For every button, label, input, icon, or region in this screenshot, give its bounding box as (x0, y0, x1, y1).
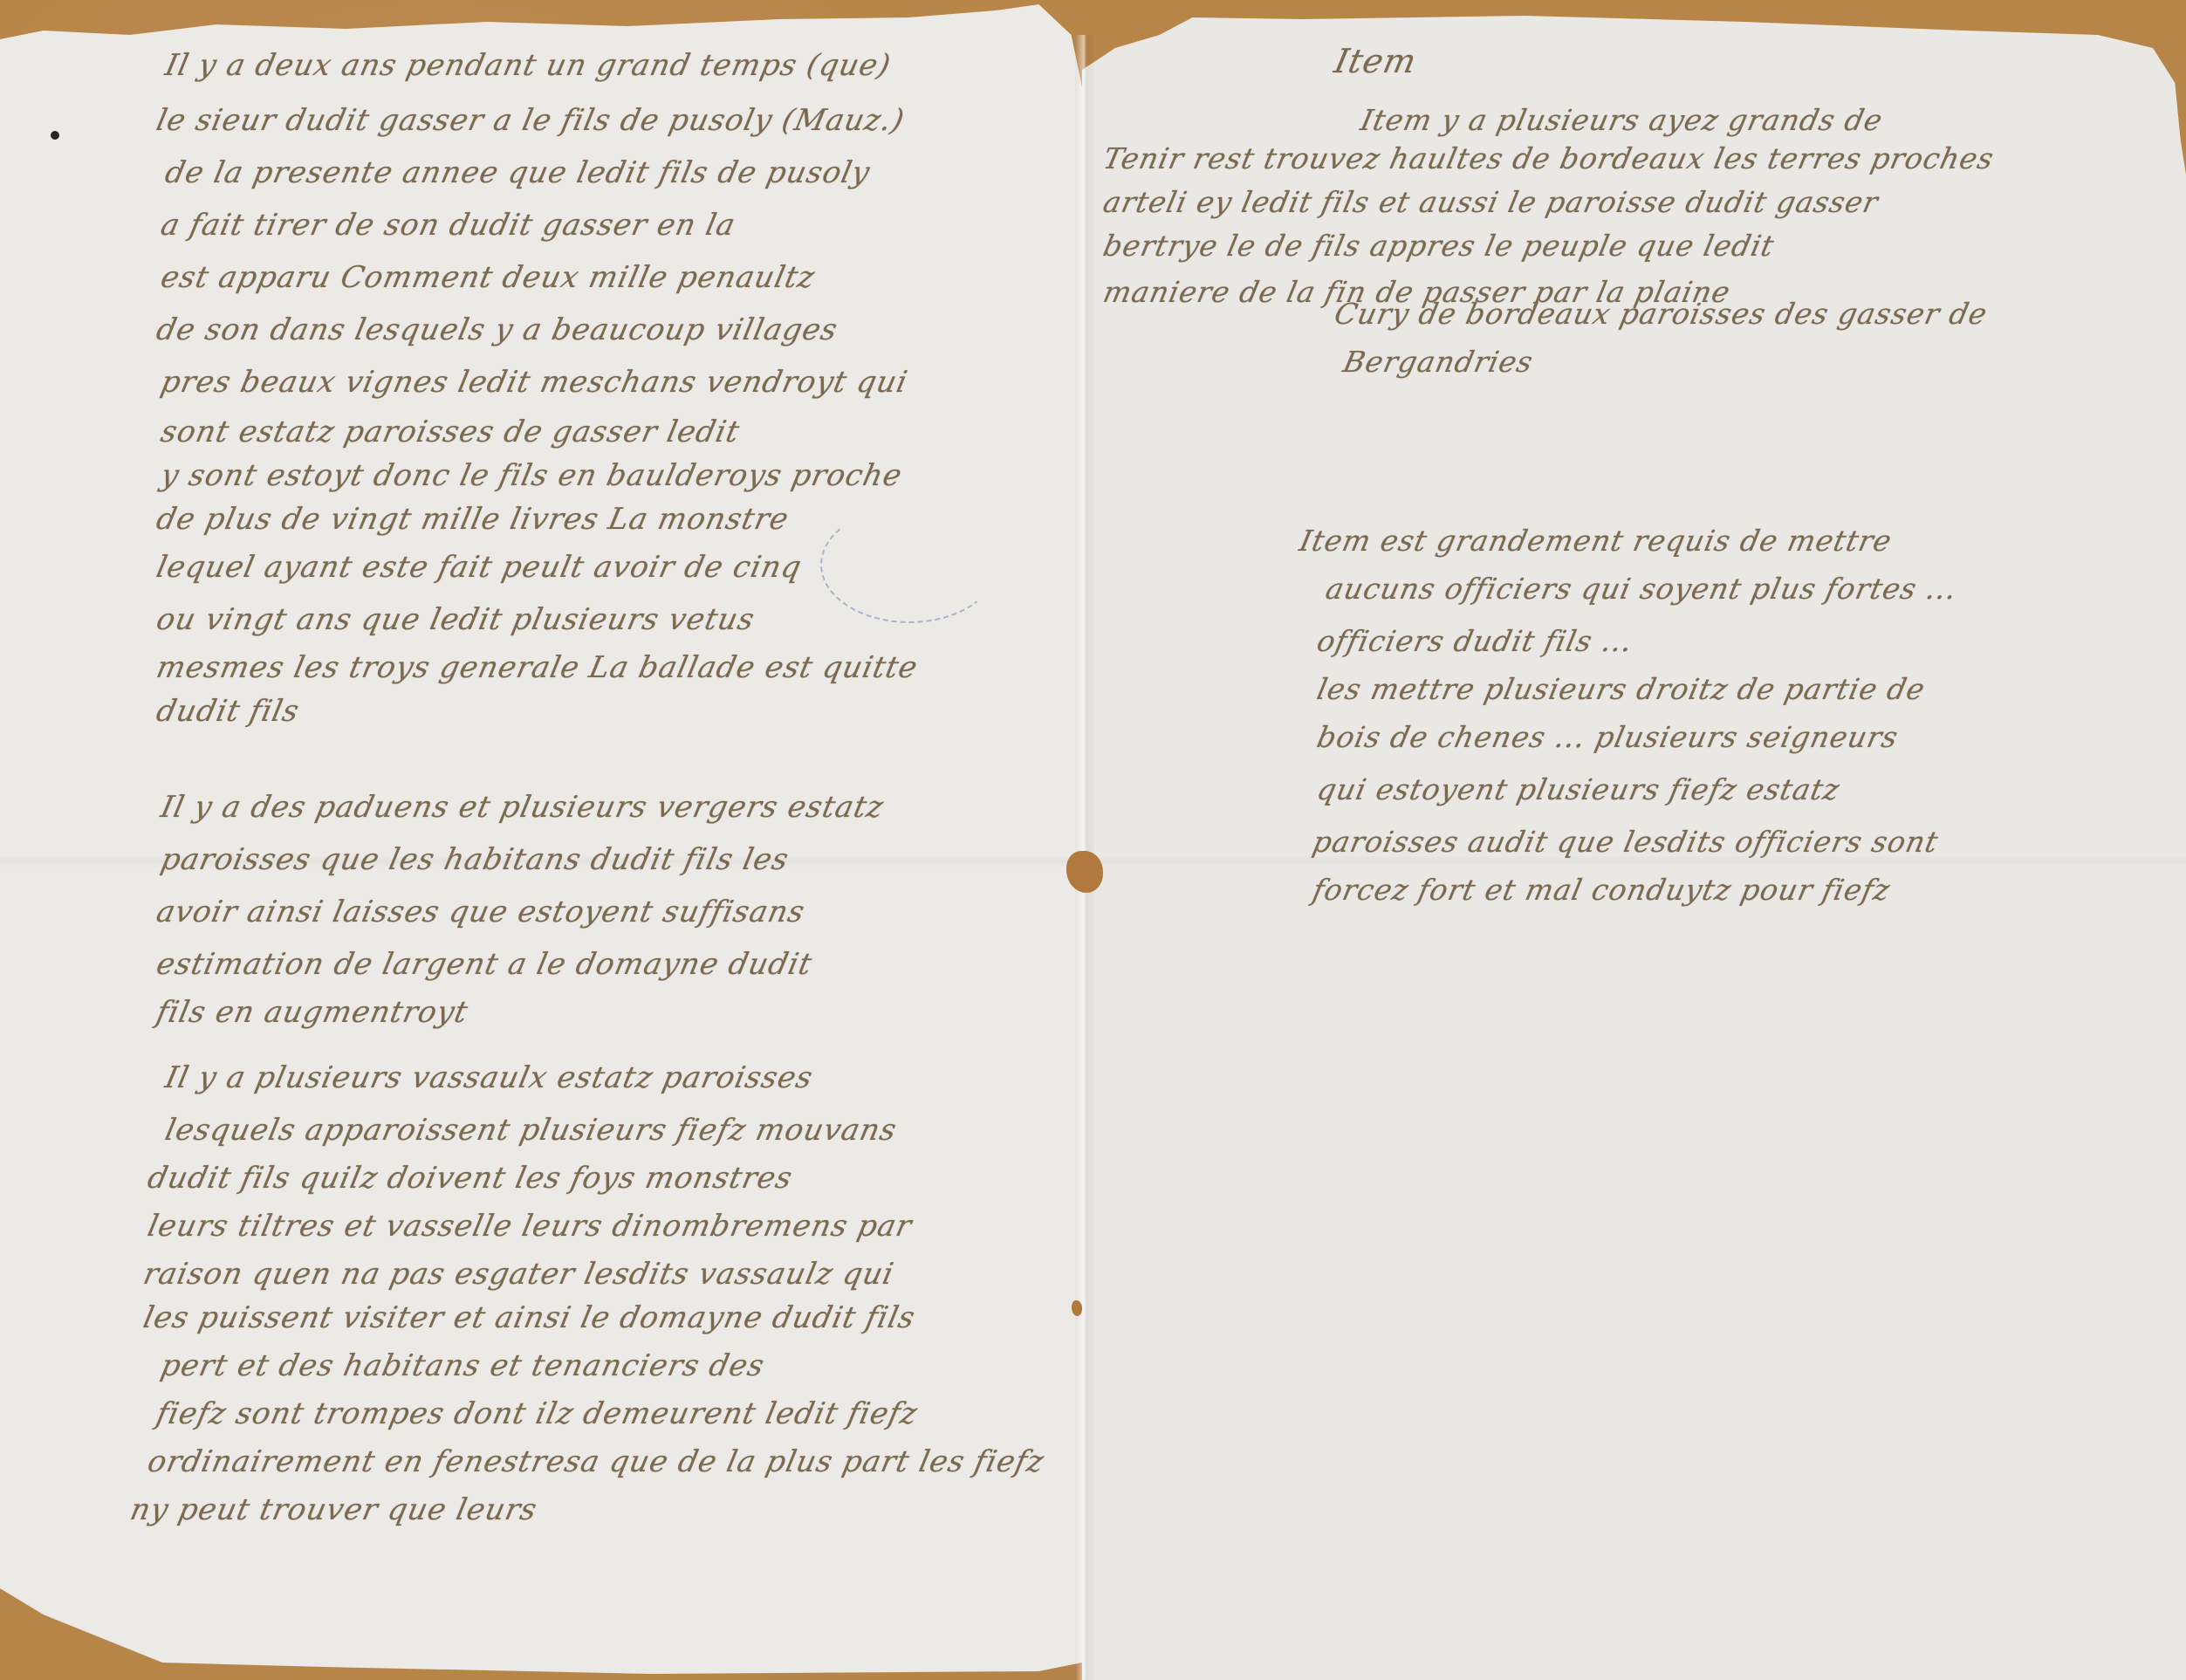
text-line: bois de chenes ... plusieurs seigneurs (1314, 720, 1902, 754)
text-line: y sont estoyt donc le fils en baulderoys… (158, 458, 906, 493)
text-line: forcez fort et mal conduytz pour fiefz (1310, 873, 1894, 907)
ink-blot (51, 131, 59, 140)
text-line: paroisses audit que lesdits officiers so… (1310, 825, 1942, 859)
text-line: Bergandries (1340, 345, 1537, 379)
blue-stamp (820, 506, 998, 623)
text-line: Tenir rest trouvez haultes de bordeaux l… (1100, 141, 1998, 175)
text-line: avoir ainsi laisses que estoyent suffisa… (154, 895, 808, 929)
text-line: pres beaux vignes ledit meschans vendroy… (158, 365, 911, 400)
text-line: sont estatz paroisses de gasser ledit (158, 415, 744, 449)
tear-hole-lower (1072, 1300, 1082, 1316)
text-line: mesmes les troys generale La ballade est… (154, 650, 922, 685)
text-line: Il y a deux ans pendant un grand temps (… (162, 48, 894, 83)
text-line: fiefz sont trompes dont ilz demeurent le… (154, 1396, 922, 1431)
text-line: bertrye le de fils appres le peuple que … (1100, 229, 1778, 263)
text-line: a fait tirer de son dudit gasser en la (158, 208, 739, 243)
text-line: aucuns officiers qui soyent plus fortes … (1323, 572, 1961, 606)
text-line: de la presente annee que ledit fils de p… (162, 155, 874, 190)
text-line: est apparu Comment deux mille penaultz (158, 260, 819, 295)
text-line: Item y a plusieurs ayez grands de (1358, 103, 1886, 137)
text-line: ou vingt ans que ledit plusieurs vetus (154, 602, 758, 637)
text-line: de plus de vingt mille livres La monstre (154, 502, 792, 537)
text-line: paroisses que les habitans dudit fils le… (158, 842, 792, 877)
text-line: Il y a des paduens et plusieurs vergers … (158, 790, 887, 825)
text-line: estimation de largent a le domayne dudit (154, 947, 816, 982)
text-line: qui estoyent plusieurs fiefz estatz (1314, 772, 1843, 806)
text-line: ordinairement en fenestresa que de la pl… (145, 1444, 1048, 1479)
item-heading: Item (1331, 42, 1420, 80)
text-line: le sieur dudit gasser a le fils de pusol… (154, 103, 908, 138)
text-line: ny peut trouver que leurs (127, 1492, 541, 1527)
text-line: Item est grandement requis de mettre (1297, 524, 1895, 558)
text-line: les mettre plusieurs droitz de partie de (1314, 672, 1929, 706)
tear-hole-fold (1066, 851, 1103, 893)
text-line: de son dans lesquels y a beaucoup villag… (154, 312, 841, 347)
text-line: leurs tiltres et vasselle leurs dinombre… (145, 1209, 915, 1244)
text-line: les puissent visiter et ainsi le domayne… (140, 1300, 919, 1335)
text-line: lequel ayant este fait peult avoir de ci… (154, 550, 805, 585)
text-line: Cury de bordeaux paroisses des gasser de (1332, 297, 1991, 331)
text-line: dudit fils (154, 694, 303, 729)
text-line: dudit fils quilz doivent les foys monstr… (145, 1161, 796, 1196)
text-line: officiers dudit fils ... (1314, 624, 1636, 658)
text-line: fils en augmentroyt (154, 995, 471, 1030)
text-line: Il y a plusieurs vassaulx estatz paroiss… (162, 1060, 816, 1095)
text-line: arteli ey ledit fils et aussi le paroiss… (1100, 185, 1881, 219)
text-line: pert et des habitans et tenanciers des (158, 1348, 768, 1383)
text-line: lesquels apparoissent plusieurs fiefz mo… (162, 1113, 901, 1148)
text-line: raison quen na pas esgater lesdits vassa… (140, 1257, 897, 1292)
